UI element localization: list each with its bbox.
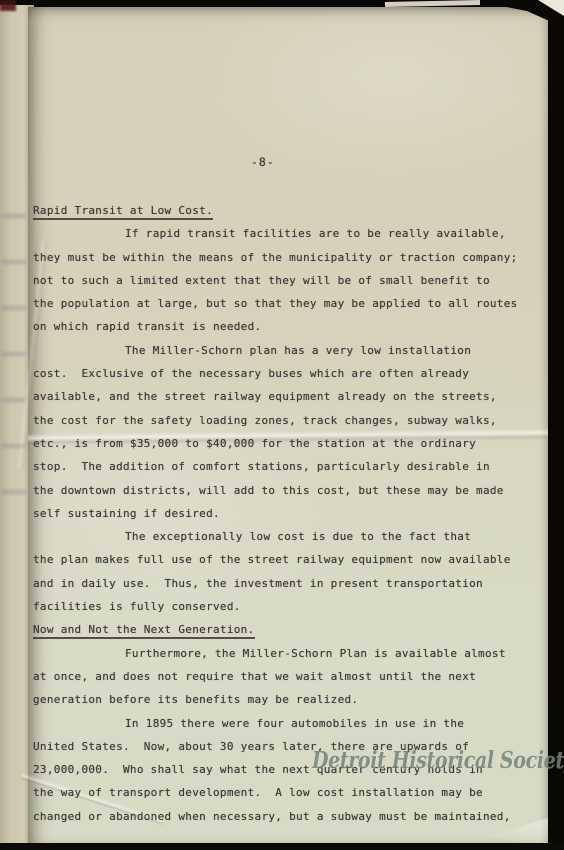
text-line: In 1895 there were four automobiles in u… [33, 712, 538, 735]
text-line: the downtown districts, will add to this… [33, 479, 538, 502]
text-line: the cost for the safety loading zones, t… [33, 409, 538, 432]
text-line: not to such a limited extent that they w… [33, 269, 538, 292]
text-line: etc., is from $35,000 to $40,000 for the… [33, 432, 538, 455]
text-line: The exceptionally low cost is due to the… [33, 525, 538, 548]
text-line: available, and the street railway equipm… [33, 385, 538, 408]
corner-stain [0, 0, 16, 11]
text-line: Rapid Transit at Low Cost. [33, 199, 538, 222]
scan-background: { "document": { "page_number": "-8-", "w… [0, 0, 564, 850]
text-line: and in daily use. Thus, the investment i… [33, 572, 538, 595]
text-line: Furthermore, the Miller-Schorn Plan is a… [33, 642, 538, 665]
top-page-sliver [385, 0, 480, 7]
text-line: changed or abandoned when necessary, but… [33, 805, 538, 828]
text-line: the population at large, but so that the… [33, 292, 538, 315]
top-right-page-corner [538, 0, 564, 16]
text-line: The Miller-Schorn plan has a very low in… [33, 339, 538, 362]
bottom-scan-edge [0, 843, 564, 850]
text-line: cost. Exclusive of the necessary buses w… [33, 362, 538, 385]
text-line: at once, and does not require that we wa… [33, 665, 538, 688]
text-line: Now and Not the Next Generation. [33, 618, 538, 641]
text-line: facilities is fully conserved. [33, 595, 538, 618]
show-through-marks [2, 200, 26, 530]
text-line: the plan makes full use of the street ra… [33, 548, 538, 571]
text-line: generation before its benefits may be re… [33, 688, 538, 711]
text-line: If rapid transit facilities are to be re… [33, 222, 538, 245]
text-line: self sustaining if desired. [33, 502, 538, 525]
page-number: -8- [251, 155, 275, 169]
typed-text-block: Rapid Transit at Low Cost.If rapid trans… [33, 199, 538, 828]
text-line: on which rapid transit is needed. [33, 315, 538, 338]
watermark: Detroit Historical Society [312, 747, 520, 774]
text-line: they must be within the means of the mun… [33, 246, 538, 269]
text-line: stop. The addition of comfort stations, … [33, 455, 538, 478]
text-line: the way of transport development. A low … [33, 781, 538, 804]
